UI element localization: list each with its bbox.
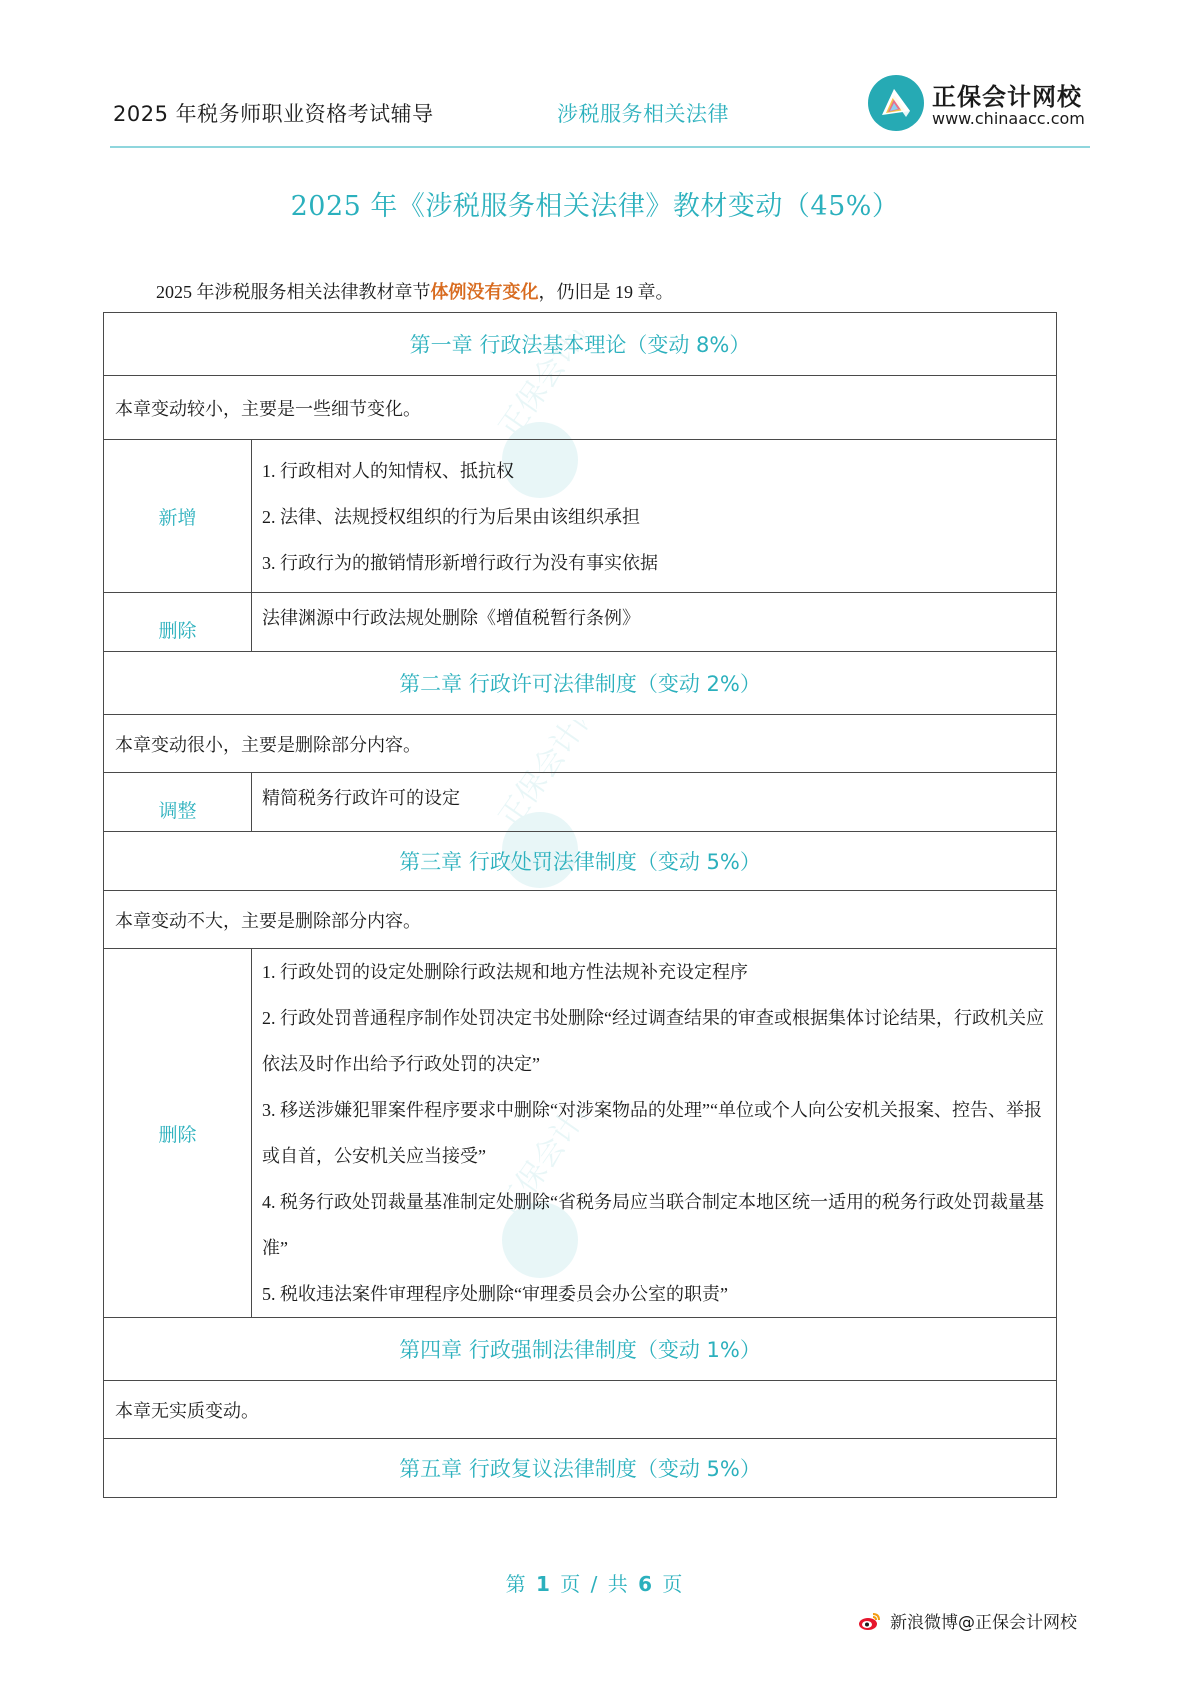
change-item: 2. 法律、法规授权组织的行为后果由该组织承担 — [262, 494, 1046, 540]
chapter-summary-row: 本章变动很小，主要是删除部分内容。 — [104, 715, 1056, 773]
chapter-summary: 本章变动很小，主要是删除部分内容。 — [115, 731, 421, 757]
change-item: 5. 税收违法案件审理程序处删除“审理委员会办公室的职责” — [262, 1271, 1046, 1317]
changes-table: 第一章 行政法基本理论（变动 8%） 本章变动较小，主要是一些细节变化。 新增 … — [103, 312, 1057, 1498]
logo-name: 正保会计网校 — [932, 77, 1082, 112]
page-mid: 页 / 共 — [560, 1572, 629, 1596]
page-total: 6 — [638, 1572, 654, 1596]
change-items: 精简税务行政许可的设定 — [252, 773, 1056, 831]
change-items: 1. 行政处罚的设定处删除行政法规和地方性法规补充设定程序 2. 行政处罚普通程… — [252, 949, 1056, 1317]
change-item: 法律渊源中行政法规处删除《增值税暂行条例》 — [262, 595, 1046, 641]
change-section-row: 删除 法律渊源中行政法规处删除《增值税暂行条例》 — [104, 593, 1056, 652]
change-item: 1. 行政相对人的知情权、抵抗权 — [262, 448, 1046, 494]
page-suffix: 页 — [662, 1572, 684, 1596]
change-category: 调整 — [104, 773, 252, 831]
change-item: 3. 移送涉嫌犯罪案件程序要求中删除“对涉案物品的处理”“单位或个人向公安机关报… — [262, 1087, 1046, 1179]
chapter-title: 第五章 行政复议法律制度（变动 5%） — [399, 1453, 761, 1483]
header-divider — [110, 146, 1090, 148]
change-item: 4. 税务行政处罚裁量基准制定处删除“省税务局应当联合制定本地区统一适用的税务行… — [262, 1179, 1046, 1271]
change-item: 精简税务行政许可的设定 — [262, 775, 1046, 821]
page-header: 2025 年税务师职业资格考试辅导 涉税服务相关法律 正保会计网校 www.ch… — [110, 70, 1090, 148]
intro-highlight: 体例没有变化 — [431, 282, 539, 302]
chapter-summary: 本章变动较小，主要是一些细节变化。 — [115, 395, 421, 421]
intro-paragraph: 2025 年涉税服务相关法律教材章节体例没有变化，仍旧是 19 章。 — [156, 278, 674, 304]
logo-url: www.chinaacc.com — [932, 109, 1085, 128]
intro-suffix: ，仍旧是 19 章。 — [539, 282, 674, 302]
change-item: 2. 行政处罚普通程序制作处罚决定书处删除“经过调查结果的审查或根据集体讨论结果… — [262, 995, 1046, 1087]
weibo-icon — [858, 1611, 882, 1631]
chapter-title: 第二章 行政许可法律制度（变动 2%） — [399, 668, 761, 698]
page-indicator: 第 1 页 / 共 6 页 — [0, 1568, 1190, 1597]
subject-title: 涉税服务相关法律 — [557, 98, 729, 128]
change-section-row: 调整 精简税务行政许可的设定 — [104, 773, 1056, 832]
change-category: 删除 — [104, 949, 252, 1317]
chapter-heading-row: 第二章 行政许可法律制度（变动 2%） — [104, 652, 1056, 715]
weibo-credit: 新浪微博@正保会计网校 — [858, 1608, 1077, 1633]
chapter-heading-row: 第一章 行政法基本理论（变动 8%） — [104, 313, 1056, 376]
chapter-title: 第一章 行政法基本理论（变动 8%） — [410, 329, 751, 359]
brand-logo: 正保会计网校 www.chinaacc.com — [868, 75, 1098, 135]
chapter-title: 第四章 行政强制法律制度（变动 1%） — [399, 1334, 761, 1364]
chapter-summary-row: 本章变动较小，主要是一些细节变化。 — [104, 376, 1056, 440]
change-section-row: 新增 1. 行政相对人的知情权、抵抗权 2. 法律、法规授权组织的行为后果由该组… — [104, 440, 1056, 593]
change-items: 1. 行政相对人的知情权、抵抗权 2. 法律、法规授权组织的行为后果由该组织承担… — [252, 440, 1056, 592]
page-prefix: 第 — [506, 1572, 528, 1596]
chapter-heading-row: 第四章 行政强制法律制度（变动 1%） — [104, 1318, 1056, 1381]
change-category: 删除 — [104, 593, 252, 651]
chapter-summary: 本章无实质变动。 — [115, 1397, 259, 1423]
change-section-row: 删除 1. 行政处罚的设定处删除行政法规和地方性法规补充设定程序 2. 行政处罚… — [104, 949, 1056, 1318]
chapter-heading-row: 第三章 行政处罚法律制度（变动 5%） — [104, 832, 1056, 891]
change-item: 1. 行政处罚的设定处删除行政法规和地方性法规补充设定程序 — [262, 949, 1046, 995]
change-category: 新增 — [104, 440, 252, 592]
chapter-heading-row: 第五章 行政复议法律制度（变动 5%） — [104, 1439, 1056, 1497]
chapter-summary-row: 本章变动不大，主要是删除部分内容。 — [104, 891, 1056, 949]
change-items: 法律渊源中行政法规处删除《增值税暂行条例》 — [252, 593, 1056, 651]
chapter-summary-row: 本章无实质变动。 — [104, 1381, 1056, 1439]
chinaacc-logo-icon — [868, 75, 924, 131]
chapter-summary: 本章变动不大，主要是删除部分内容。 — [115, 907, 421, 933]
page-current: 1 — [536, 1572, 552, 1596]
weibo-label: 新浪微博@正保会计网校 — [890, 1608, 1077, 1633]
document-title: 2025 年《涉税服务相关法律》教材变动（45%） — [0, 184, 1190, 223]
intro-prefix: 2025 年涉税服务相关法律教材章节 — [156, 282, 431, 302]
chapter-title: 第三章 行政处罚法律制度（变动 5%） — [399, 846, 761, 876]
exam-title: 2025 年税务师职业资格考试辅导 — [113, 98, 434, 128]
change-item: 3. 行政行为的撤销情形新增行政行为没有事实依据 — [262, 540, 1046, 586]
